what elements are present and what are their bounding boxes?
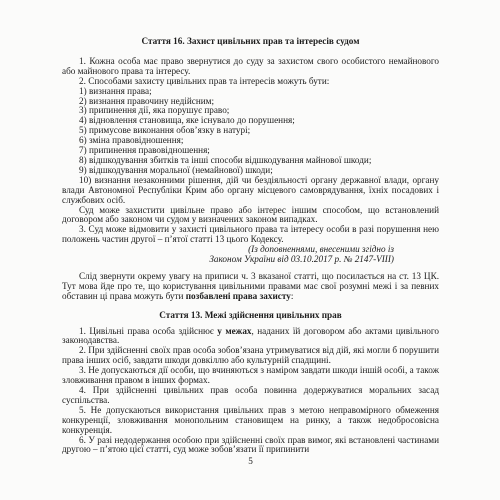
article16-para-3: 3. Суд може відмовити у захисті цивільно… (62, 225, 439, 245)
document-page: Стаття 16. Захист цивільних прав та інте… (0, 0, 500, 500)
commentary-tail-text: : (291, 291, 294, 301)
page-number: 5 (62, 457, 439, 467)
article16-list-item-10: 10) визнання незаконними рішення, дій чи… (62, 176, 439, 206)
article-13-title: Стаття 13. Межі здійснення цивільних пра… (62, 311, 439, 321)
article13-para-1-bold: у межах (217, 326, 251, 336)
article13-para-4: 4. При здійсненні цивільних прав особа п… (62, 386, 439, 406)
commentary-bold-phrase: позбавлені права захисту (186, 291, 291, 301)
amendment-note-line-2: Законом України від 03.10.2017 р. № 2147… (62, 255, 439, 265)
article13-para-5: 5. Не допускаються використання цивільни… (62, 406, 439, 436)
article-16-title: Стаття 16. Захист цивільних прав та інте… (62, 37, 439, 47)
commentary-paragraph: Слід звернути окрему увагу на приписи ч.… (62, 272, 439, 302)
article13-para-3: 3. Не допускаються дії особи, що вчиняют… (62, 366, 439, 386)
article13-para-6: 6. У разі недодержання особою при здійсн… (62, 436, 439, 456)
article16-para-1: 1. Кожна особа має право звернутися до с… (62, 57, 439, 77)
article13-para-1-before: 1. Цивільні права особа здійснює (79, 326, 217, 336)
article13-para-2: 2. При здійсненні своїх прав особа зобов… (62, 346, 439, 366)
article16-para-court-protection: Суд може захистити цивільне право або ін… (62, 206, 439, 226)
article13-para-1: 1. Цивільні права особа здійснює у межах… (62, 327, 439, 347)
